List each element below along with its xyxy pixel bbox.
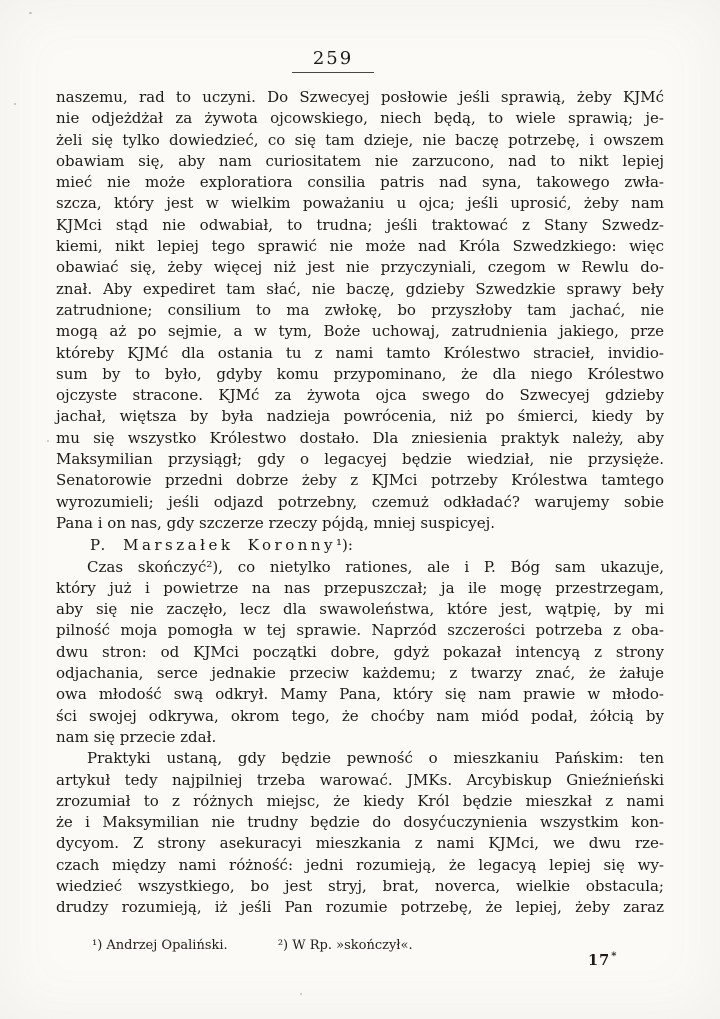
text-line: pilność moja pomogła w tej sprawie. Napr… xyxy=(56,620,664,641)
text-line: mu się wszystko Królestwo dostało. Dla z… xyxy=(56,428,664,449)
text-line: żeli się tylko dowiedzieć, co się tam dz… xyxy=(56,130,664,151)
text-line: który już i powietrze na nas przepuszcza… xyxy=(56,578,664,599)
text-line: sum by to było, gdyby komu przypominano,… xyxy=(56,364,664,385)
scan-speck xyxy=(29,12,32,14)
text-line: jachał, więtsza by była nadzieja powróce… xyxy=(56,406,664,427)
printer-signature: 17* xyxy=(588,951,617,969)
text-line: Praktyki ustaną, gdy będzie pewność o mi… xyxy=(56,748,664,769)
text-line: zatrudnione; consilium to ma zwłokę, bo … xyxy=(56,300,664,321)
text-line: ojczyste stracone. KJMć za żywota ojca s… xyxy=(56,385,664,406)
scan-speck xyxy=(14,103,16,105)
text-line: P. Marszałek Koronny¹): xyxy=(56,535,664,556)
text-line: wiedzieć wszystkiego, bo jest stryj, bra… xyxy=(56,876,664,897)
text-line: Senatorowie przedni dobrze żeby z KJMci … xyxy=(56,470,664,491)
text-line: artykuł tedy najpilniej trzeba warować. … xyxy=(56,770,664,791)
footnotes: ¹) Andrzej Opaliński. ²) W Rp. »skończył… xyxy=(92,938,652,953)
scan-speck xyxy=(47,440,49,442)
text-line: odjachania, serce jednakie przeciw każde… xyxy=(56,663,664,684)
signature-mark: * xyxy=(611,951,617,962)
text-line: że i Maksymilian nie trudny będzie do do… xyxy=(56,812,664,833)
text-line: czach między nami różność: jedni rozumie… xyxy=(56,855,664,876)
text-line: Maksymilian przysiągł; gdy o legacyej bę… xyxy=(56,449,664,470)
text-line: ści swojej odkrywa, okrom tego, że choćb… xyxy=(56,706,664,727)
text-line: Pana i on nas, gdy szczerze rzeczy pójdą… xyxy=(56,513,664,534)
text-line: dwu stron: od KJMci początki dobre, gdyż… xyxy=(56,642,664,663)
footnote-1: ¹) Andrzej Opaliński. xyxy=(92,938,228,953)
text-line: nie odjeżdżał za żywota ojcowskiego, nie… xyxy=(56,108,664,129)
text-line: szcza, który jest w wielkim poważaniu u … xyxy=(56,193,664,214)
text-line: mieć nie może exploratiora consilia patr… xyxy=(56,172,664,193)
text-line: obawiać się, żeby więcej niż jest nie pr… xyxy=(56,257,664,278)
scan-speck xyxy=(300,993,302,995)
signature-number: 17 xyxy=(588,952,610,969)
page-number: 259 xyxy=(292,48,374,73)
text-line: mogą aż po sejmie, a w tym, Boże uchowaj… xyxy=(56,321,664,342)
body-text: naszemu, rad to uczyni. Do Szwecyej posł… xyxy=(56,87,664,919)
text-line: znał. Aby expediret tam słać, nie baczę,… xyxy=(56,279,664,300)
text-line: zrozumiał to z różnych miejsc, że kiedy … xyxy=(56,791,664,812)
text-line: KJMci stąd nie odwabiał, to trudna; jeśl… xyxy=(56,215,664,236)
text-line: aby się nie zaczęło, lecz dla swawoleńst… xyxy=(56,599,664,620)
text-line: kiemi, nikt lepiej tego sprawić nie może… xyxy=(56,236,664,257)
text-line: dycyom. Z strony asekuracyi mieszkania z… xyxy=(56,833,664,854)
text-line: wyrozumieli; jeśli odjazd potrzebny, cze… xyxy=(56,492,664,513)
text-line: naszemu, rad to uczyni. Do Szwecyej posł… xyxy=(56,87,664,108)
footnote-2: ²) W Rp. »skończył«. xyxy=(278,938,413,953)
document-page: 259 naszemu, rad to uczyni. Do Szwecyej … xyxy=(0,0,720,1019)
text-line: obawiam się, aby nam curiositatem nie za… xyxy=(56,151,664,172)
text-line: Czas skończyć²), co nietylko rationes, a… xyxy=(56,557,664,578)
text-line: drudzy rozumieją, iż jeśli Pan rozumie p… xyxy=(56,897,664,918)
text-line: nam się przecie zdał. xyxy=(56,727,664,748)
text-line: któreby KJMć dla ostania tu z nami tamto… xyxy=(56,343,664,364)
text-line: owa młodość swą odkrył. Mamy Pana, który… xyxy=(56,684,664,705)
